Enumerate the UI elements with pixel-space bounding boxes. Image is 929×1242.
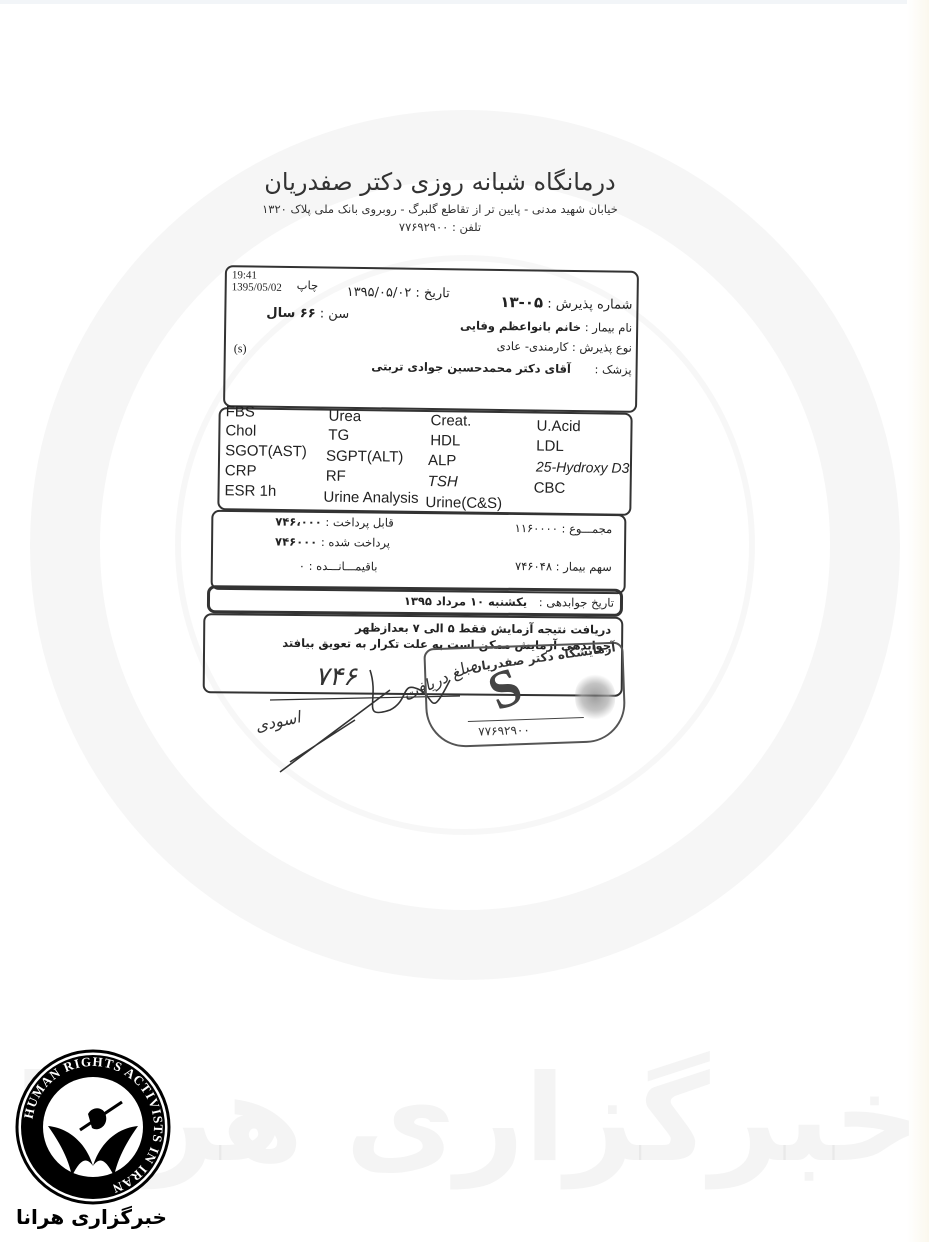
remaining-label: باقیمـــانـــده :	[309, 559, 378, 574]
admission-type-label: نوع پذیرش :	[572, 340, 632, 355]
total-field: مجمـــوع : ۱۱۶۰۰۰۰	[515, 521, 613, 536]
physician-value: آقای دکتر محمدحسین جوادی تربتی	[371, 359, 571, 376]
remaining-field: باقیمـــانـــده : ۰	[299, 559, 378, 574]
test-item: LDL	[536, 438, 564, 455]
stamp-smudge	[574, 674, 616, 720]
age-field: سن : ۶۶ سال	[266, 306, 349, 322]
test-item: Urine(C&S)	[425, 494, 502, 512]
paid-label: پرداخت شده :	[321, 535, 390, 550]
stamp-divider	[468, 717, 584, 722]
admission-value: ۰۵-۱۳	[500, 293, 543, 312]
patient-label: نام بیمار :	[585, 320, 633, 335]
result-date-value: یکشنبه ۱۰ مرداد ۱۳۹۵	[404, 594, 527, 609]
result-date-label: تاریخ جوابدهی :	[539, 595, 614, 610]
physician-label: پزشک :	[594, 362, 631, 377]
date-field: تاریخ : ۱۳۹۵/۰۵/۰۲	[347, 285, 450, 301]
patient-value: خانم بانواعظم وفایی	[460, 318, 581, 334]
scan-top-strip	[0, 0, 929, 4]
age-label: سن :	[320, 306, 350, 321]
test-item: FBS	[226, 403, 255, 420]
watermark-text: خبرگزاری هرانا	[230, 1050, 920, 1189]
physician-field: پزشک : آقای دکتر محمدحسین جوادی تربتی	[371, 359, 631, 377]
admission-number-field: شماره پذیرش : ۰۵-۱۳	[500, 293, 632, 313]
hrana-logo-icon: HUMAN RIGHTS ACTIVISTS IN IRAN	[14, 1048, 172, 1206]
result-date-box: تاریخ جوابدهی : یکشنبه ۱۰ مرداد ۱۳۹۵	[207, 585, 623, 617]
admission-type-field: نوع پذیرش : کارمندی- عادی	[497, 339, 632, 355]
payable-label: قابل پرداخت :	[325, 515, 394, 530]
admission-label: شماره پذیرش :	[547, 297, 632, 313]
clinic-address: خیابان شهید مدنی - پایین تر از تقاطع گلب…	[250, 202, 630, 216]
test-item: U.Acid	[536, 418, 580, 436]
print-date: 1395/05/02	[232, 281, 282, 294]
date-label: تاریخ :	[415, 286, 450, 301]
payable-value: ۷۴۶،۰۰۰	[275, 514, 322, 528]
patient-share-field: سهم بیمار : ۷۴۶۰۴۸	[515, 559, 612, 574]
patient-name-field: نام بیمار : خانم بانواعظم وفایی	[460, 318, 632, 334]
result-date-field: تاریخ جوابدهی : یکشنبه ۱۰ مرداد ۱۳۹۵	[404, 594, 614, 610]
test-item: SGPT(ALT)	[326, 448, 403, 466]
hrana-caption: خبرگزاری هرانا	[14, 1205, 169, 1229]
print-label: چاپ	[297, 278, 319, 292]
total-value: ۱۱۶۰۰۰۰	[515, 521, 558, 535]
stamp-phone: ۷۷۶۹۲۹۰۰	[478, 723, 530, 739]
test-item: SGOT(AST)	[225, 442, 307, 460]
test-item: Urine Analysis	[323, 489, 418, 507]
test-item: HDL	[430, 432, 460, 449]
test-item: CBC	[534, 480, 566, 497]
test-item: TSH	[428, 473, 458, 490]
print-time: 19:41	[232, 269, 257, 281]
test-item: 25-Hydroxy D3	[536, 459, 630, 476]
total-label: مجمـــوع :	[562, 521, 613, 536]
test-item: CRP	[225, 462, 257, 479]
paid-field: پرداخت شده : ۷۴۶۰۰۰	[275, 534, 390, 549]
paid-value: ۷۴۶۰۰۰	[275, 534, 317, 548]
lab-stamp: آزمایشگاه دکتر صفدریان S ۷۷۶۹۲۹۰۰	[423, 642, 626, 749]
clinic-phone: تلفن : ۷۷۶۹۲۹۰۰	[250, 220, 630, 234]
clinic-header: درمانگاه شبانه روزی دکتر صفدریان خیابان …	[250, 168, 630, 234]
test-item: ESR 1h	[224, 482, 276, 500]
remaining-value: ۰	[299, 559, 305, 573]
payment-box: مجمـــوع : ۱۱۶۰۰۰۰ سهم بیمار : ۷۴۶۰۴۸ قا…	[211, 510, 627, 594]
test-item: ALP	[428, 452, 457, 469]
clinic-name: درمانگاه شبانه روزی دکتر صفدریان	[250, 168, 630, 196]
patient-share-label: سهم بیمار :	[556, 559, 612, 574]
age-value: ۶۶ سال	[266, 306, 316, 322]
admission-type-value: کارمندی- عادی	[497, 339, 569, 354]
patient-share-value: ۷۴۶۰۴۸	[515, 559, 552, 573]
test-item: Urea	[329, 408, 362, 425]
test-item: TG	[328, 427, 349, 444]
patient-info-box: 19:41 1395/05/02 چاپ تاریخ : ۱۳۹۵/۰۵/۰۲ …	[223, 265, 639, 413]
note-line-1: دریافت نتیجه آزمایش فقط ۵ الی ۷ بعدازظهر	[355, 620, 611, 636]
s-marker: (s)	[234, 341, 247, 356]
tests-box: FBS Chol SGOT(AST) CRP ESR 1h Urea TG SG…	[217, 407, 632, 516]
date-value: ۱۳۹۵/۰۵/۰۲	[347, 285, 412, 301]
test-item: Creat.	[430, 412, 471, 430]
test-item: Chol	[225, 422, 256, 439]
test-item: RF	[326, 468, 346, 485]
payable-field: قابل پرداخت : ۷۴۶،۰۰۰	[275, 514, 394, 529]
